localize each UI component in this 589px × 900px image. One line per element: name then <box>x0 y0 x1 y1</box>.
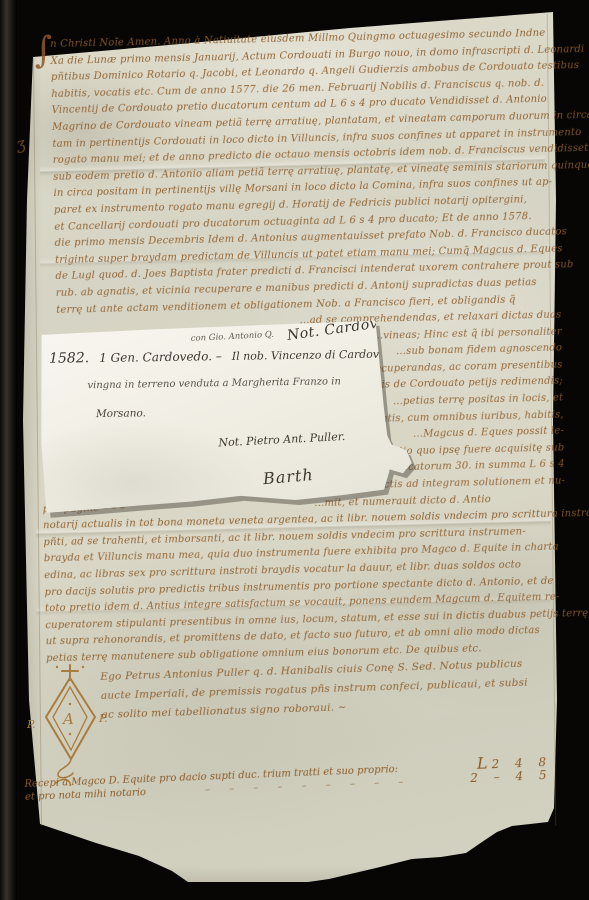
slip-summary-line-3: Morsano. <box>96 407 146 420</box>
slip-heading-row: 1582. 1 Gen. Cardovedo. – Il nob. Vincen… <box>49 345 405 367</box>
slip-summary-line-2: vingna in terreno venduta a Margherita F… <box>87 376 341 391</box>
amount-figures-2: 2 – 4 5 <box>470 768 553 785</box>
slip-date-place: 1 Gen. Cardovedo. – <box>99 349 222 365</box>
lower-lines: pro pagine – – – …mit, et numerauit dict… <box>43 490 570 668</box>
slip-summary-line-1: Il nob. Vincenzo di Cardovedo, <box>232 347 403 363</box>
manuscript-photo: ∫ ʒ n Christi Noĩe Amen. Anno à Natiuita… <box>0 0 589 900</box>
slip-bottom-signature: Barth <box>262 465 314 488</box>
receipt-text-2: et pro nota mihi notario <box>25 787 146 803</box>
archivist-paper-slip: con Gio. Antonio Q. Not. Cardovino 1582.… <box>38 317 417 519</box>
slip-interlinear-note: con Gio. Antonio Q. <box>191 330 275 344</box>
sign-letter-left: P. <box>26 718 36 731</box>
sign-letter-center: A <box>61 710 74 728</box>
slip-notary-name: Not. Pietro Ant. Puller. <box>218 430 345 449</box>
main-lines: n Christi Noĩe Amen. Anno à Natiuitate e… <box>50 26 561 319</box>
slip-year: 1582. <box>49 350 89 367</box>
